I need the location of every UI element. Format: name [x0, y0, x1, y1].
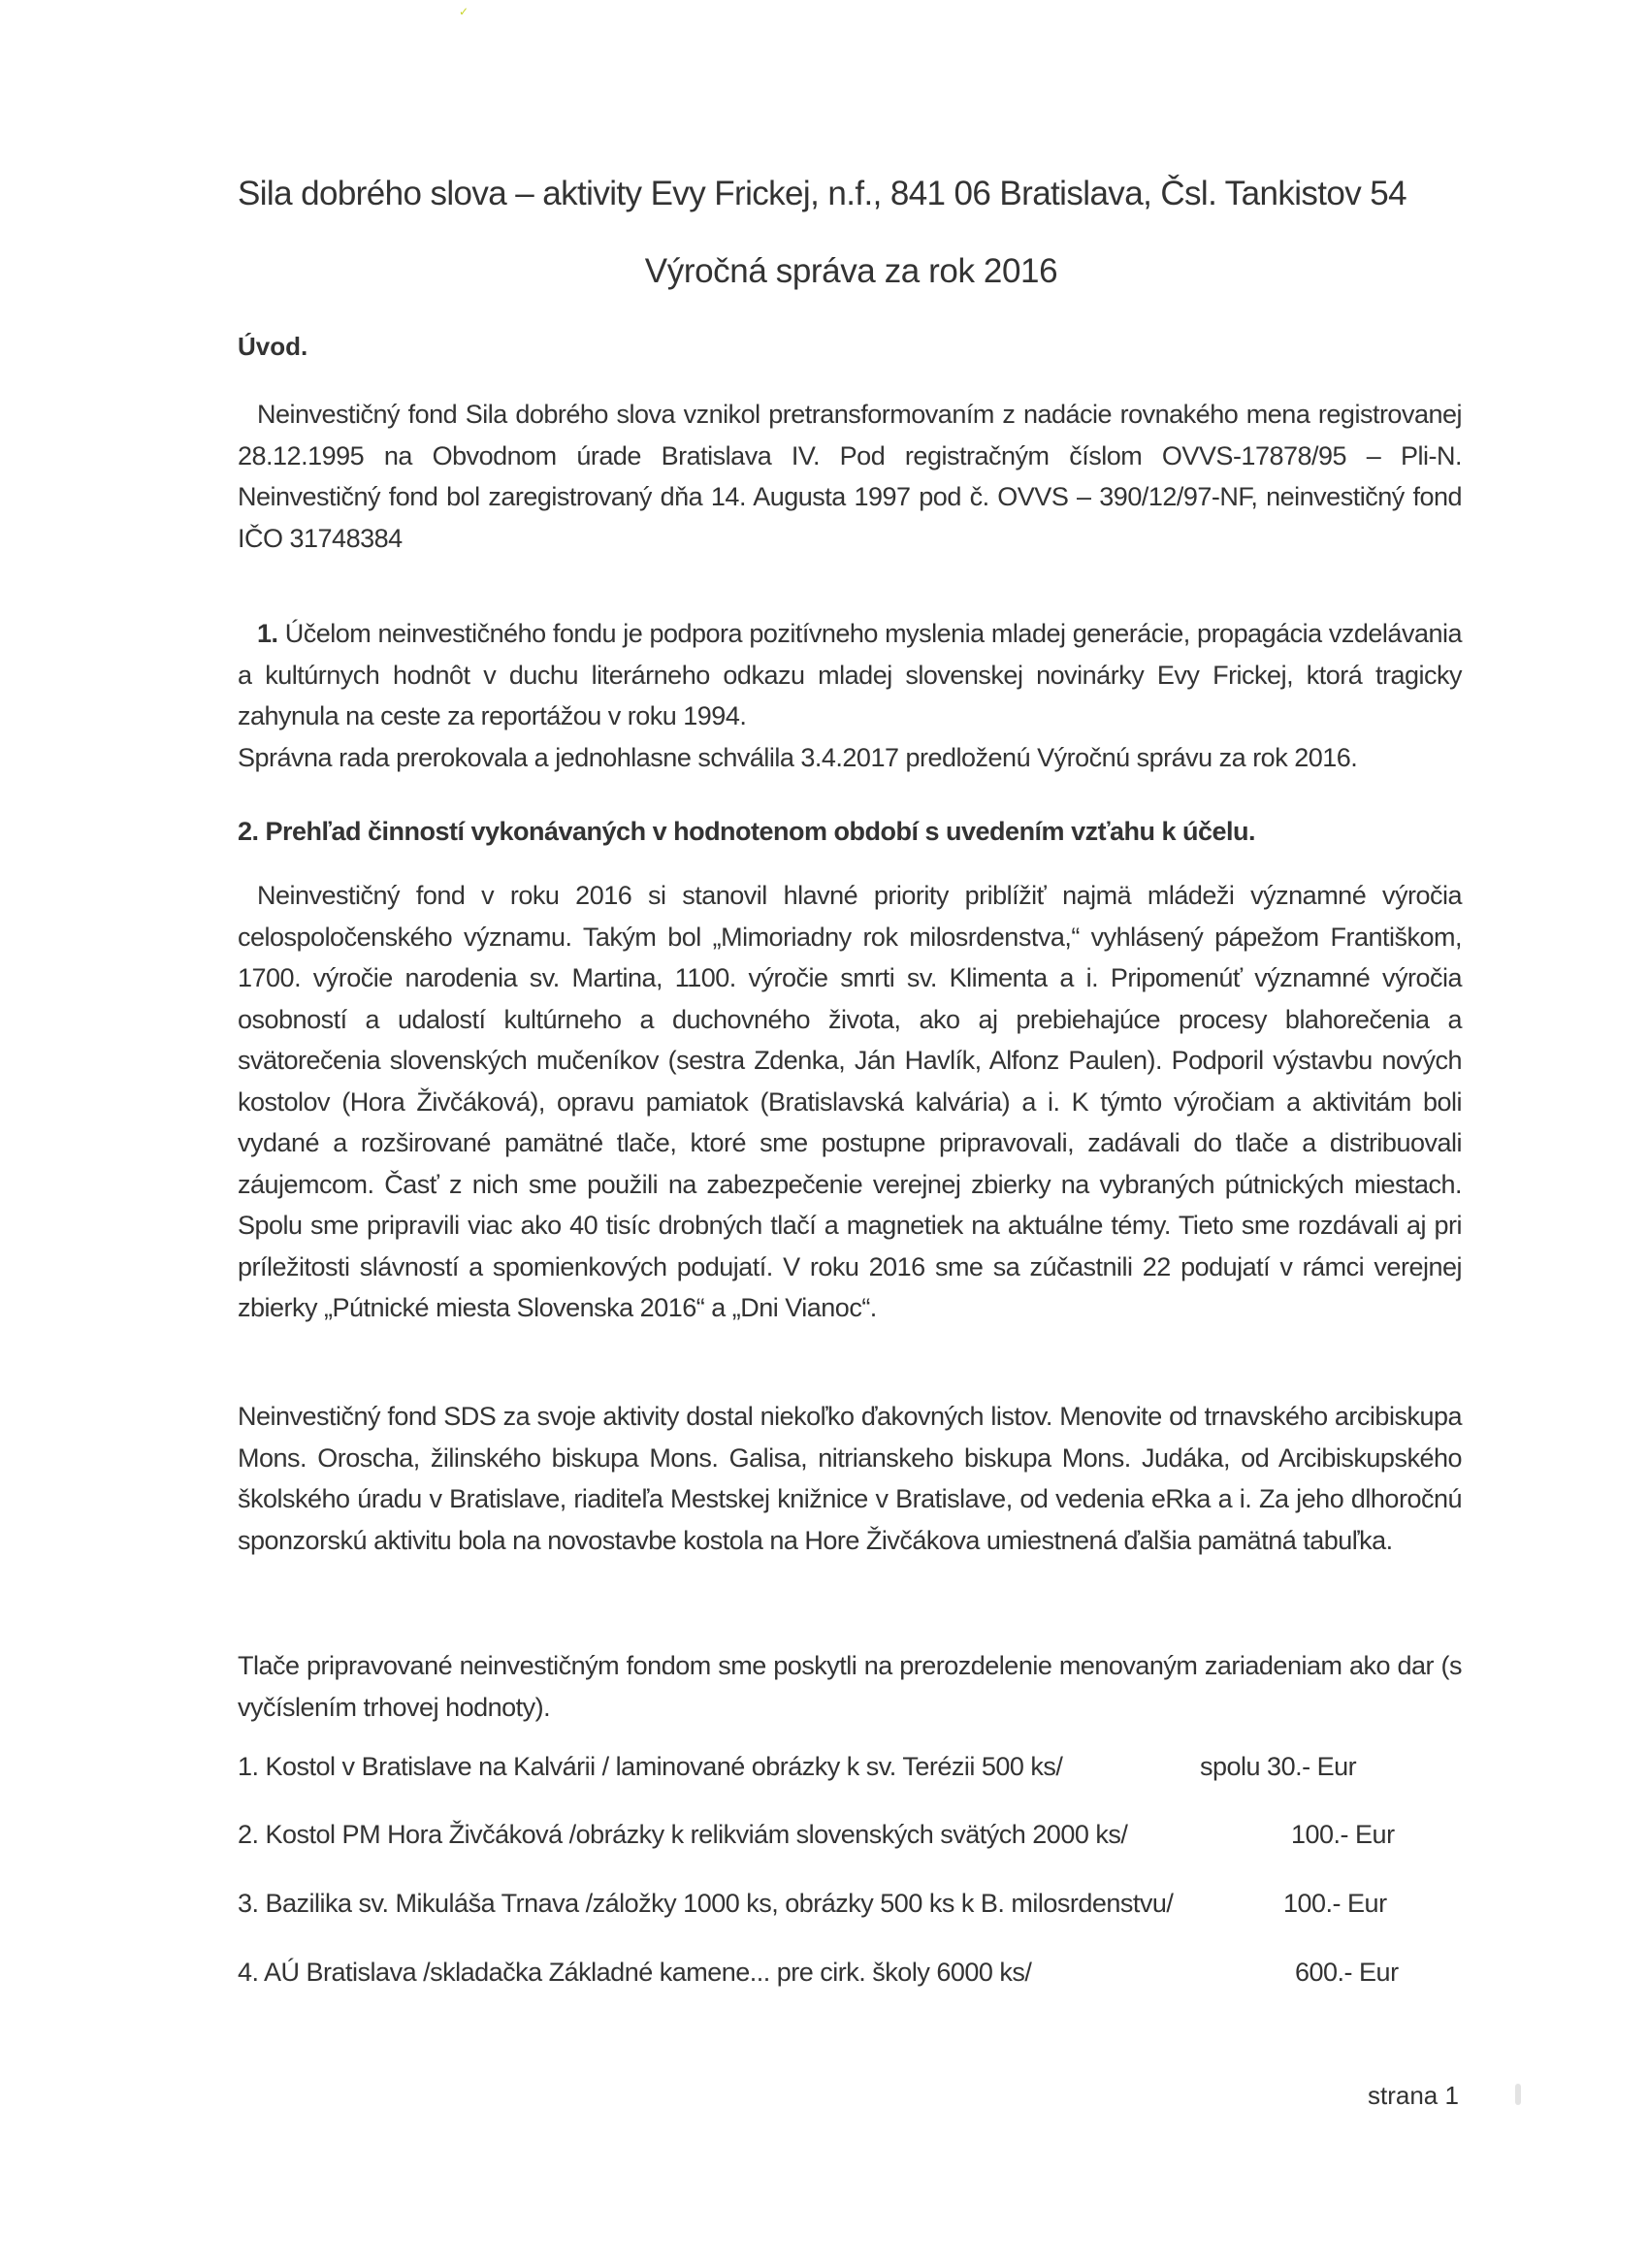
intro-paragraph: Neinvestičný fond Sila dobrého slova vzn… — [238, 394, 1462, 559]
purpose-paragraph: 1. Účelom neinvestičného fondu je podpor… — [238, 613, 1462, 737]
organization-header: Sila dobrého slova – aktivity Evy Fricke… — [238, 173, 1479, 215]
page-title: Výročná správa za rok 2016 — [0, 250, 1649, 293]
section-2-heading: 2. Prehľad činností vykonávaných v hodno… — [238, 815, 1255, 848]
intro-heading: Úvod. — [238, 330, 307, 363]
donation-description: 1. Kostol v Bratislave na Kalvárii / lam… — [238, 1749, 1062, 1784]
scan-speck: ✓ — [459, 8, 469, 16]
thanks-paragraph: Neinvestičný fond SDS za svoje aktivity … — [238, 1396, 1462, 1561]
purpose-text: Účelom neinvestičného fondu je podpora p… — [238, 619, 1462, 730]
donation-item: 3. Bazilika sv. Mikuláša Trnava /záložky… — [238, 1886, 1462, 1921]
donation-item: 4. AÚ Bratislava /skladačka Základné kam… — [238, 1955, 1462, 1990]
donation-amount: spolu 30.- Eur — [1200, 1749, 1356, 1784]
donation-item: 2. Kostol PM Hora Živčáková /obrázky k r… — [238, 1817, 1462, 1852]
donation-amount: 100.- Eur — [1291, 1817, 1395, 1852]
donations-intro: Tlače pripravované neinvestičným fondom … — [238, 1645, 1462, 1728]
approval-paragraph: Správna rada prerokovala a jednohlasne s… — [238, 737, 1462, 779]
purpose-number: 1. — [257, 619, 278, 648]
donation-description: 2. Kostol PM Hora Živčáková /obrázky k r… — [238, 1817, 1127, 1852]
donation-amount: 100.- Eur — [1283, 1886, 1387, 1921]
scan-artifact — [1515, 2084, 1521, 2105]
activities-paragraph: Neinvestičný fond v roku 2016 si stanovi… — [238, 875, 1462, 1329]
report-title: Výročná správa za rok 2016 — [645, 250, 1057, 293]
page-number: strana 1 — [1368, 2079, 1459, 2112]
donation-amount: 600.- Eur — [1295, 1955, 1399, 1990]
donation-description: 4. AÚ Bratislava /skladačka Základné kam… — [238, 1955, 1031, 1990]
donation-item: 1. Kostol v Bratislave na Kalvárii / lam… — [238, 1749, 1462, 1784]
donation-description: 3. Bazilika sv. Mikuláša Trnava /záložky… — [238, 1886, 1173, 1921]
